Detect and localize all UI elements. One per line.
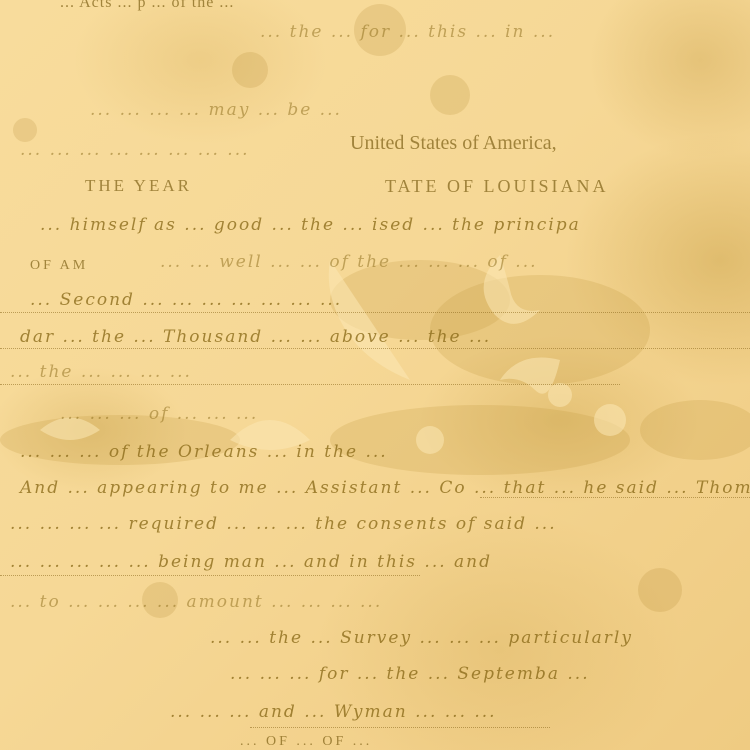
printed-united-states: United States of America, <box>350 132 557 155</box>
script-line: ... ... ... ... ... being man ... and in… <box>10 552 492 572</box>
ledger-rule <box>480 497 750 498</box>
script-line: ... ... ... for ... the ... Septemba ... <box>230 664 590 684</box>
script-line: ... Second ... ... ... ... ... ... ... <box>30 290 342 310</box>
script-line: ... the ... for ... this ... in ... <box>260 22 555 42</box>
ledger-rule <box>250 727 550 728</box>
printed-heading-top: ... Acts ... p ... of the ... <box>60 0 234 12</box>
script-line: ... ... ... and ... Wyman ... ... ... <box>170 702 497 722</box>
printed-state-of-louisiana: TATE OF LOUISIANA <box>385 176 609 197</box>
ledger-rule <box>0 312 750 313</box>
script-line: ... ... ... ... may ... be ... <box>90 100 342 120</box>
printed-of-am: OF AM <box>30 258 88 274</box>
script-line: ... ... ... of the Orleans ... in the ..… <box>20 442 388 462</box>
script-line: ... ... well ... ... of the ... ... ... … <box>160 252 538 272</box>
script-line: ... to ... ... ... ... amount ... ... ..… <box>10 592 382 612</box>
script-line: And ... appearing to me ... Assistant ..… <box>20 478 750 498</box>
script-line: ... the ... ... ... ... <box>10 362 192 382</box>
printed-bottom: ... OF ... OF ... <box>240 734 372 750</box>
script-line: dar ... the ... Thousand ... ... above .… <box>20 327 491 347</box>
printed-year: THE YEAR <box>85 176 192 196</box>
ledger-rule <box>0 384 620 385</box>
ledger-rule <box>0 575 420 576</box>
script-line: ... himself as ... good ... the ... ised… <box>40 215 581 235</box>
script-line: ... ... ... of ... ... ... <box>60 404 258 424</box>
ledger-rule <box>0 348 750 349</box>
script-line: ... ... ... ... required ... ... ... the… <box>10 514 557 534</box>
aged-paper-background: ... Acts ... p ... of the ... United Sta… <box>0 0 750 750</box>
script-line: ... ... ... ... ... ... ... ... <box>20 140 250 160</box>
script-line: ... ... the ... Survey ... ... ... parti… <box>210 628 633 648</box>
